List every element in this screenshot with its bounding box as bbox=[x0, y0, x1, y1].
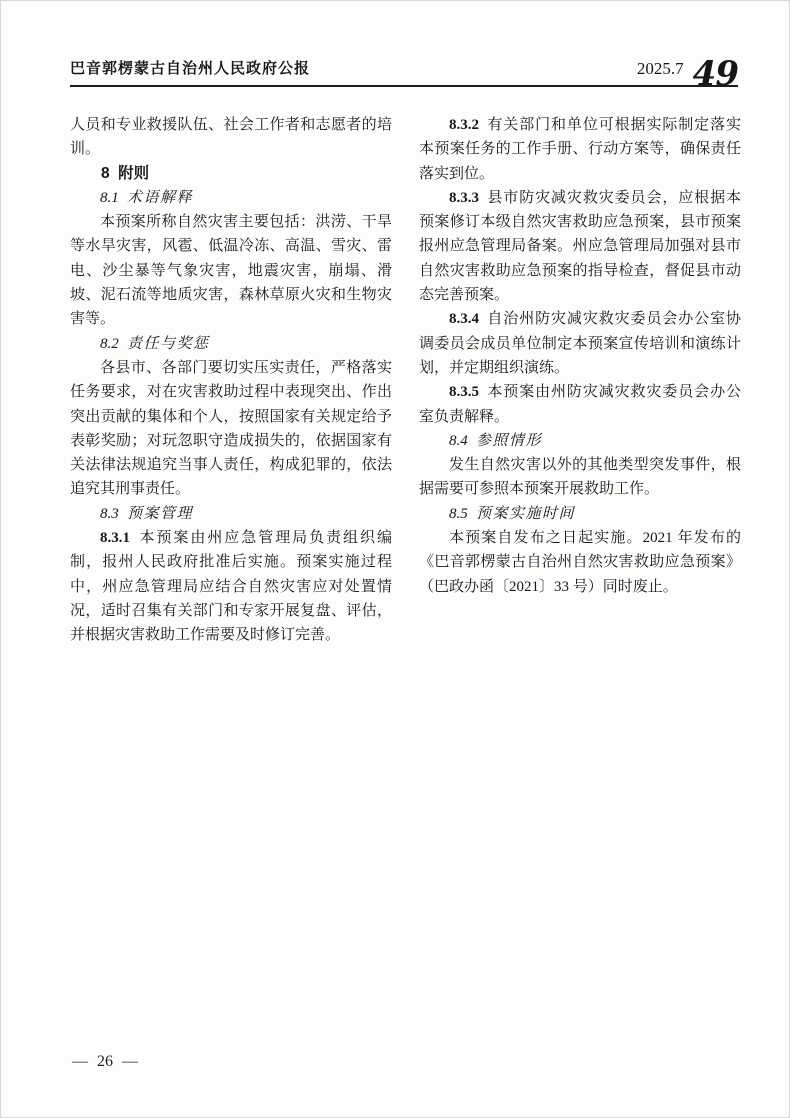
heading-text: 预案管理 bbox=[127, 506, 193, 522]
section-number: 8.4 bbox=[449, 433, 468, 449]
issue-number: 49 bbox=[693, 61, 738, 88]
document-body: 人员和专业救援队伍、社会工作者和志愿者的培训。 8附则 8.1术语解释 本预案所… bbox=[70, 113, 741, 648]
gazette-page: 巴音郭楞蒙古自治州人民政府公报 2025.7 49 人员和专业救援队伍、社会工作… bbox=[0, 0, 790, 1118]
heading-text: 责任与奖惩 bbox=[127, 336, 210, 352]
section-number: 8.5 bbox=[449, 506, 468, 522]
heading-text: 预案实施时间 bbox=[476, 506, 575, 522]
section-number: 8.3.3 bbox=[449, 190, 479, 206]
footer-dash-right: — bbox=[122, 1053, 138, 1071]
paragraph-text: 本预案由州应急管理局负责组织编制，报州人民政府批准后实施。预案实施过程中，州应急… bbox=[70, 530, 392, 643]
heading-8-4: 8.4参照情形 bbox=[419, 429, 741, 453]
heading-8-3: 8.3预案管理 bbox=[70, 502, 392, 526]
heading-text: 附则 bbox=[118, 165, 149, 182]
section-number: 8.3.4 bbox=[449, 311, 479, 327]
section-number: 8 bbox=[101, 165, 110, 182]
paragraph-8-3-3: 8.3.3县市防灾减灾救灾委员会，应根据本预案修订本级自然灾害救助应急预案，县市… bbox=[419, 186, 741, 307]
section-number: 8.3.5 bbox=[449, 384, 479, 400]
footer-dash-left: — bbox=[72, 1053, 88, 1071]
heading-text: 参照情形 bbox=[476, 433, 542, 449]
left-column: 人员和专业救援队伍、社会工作者和志愿者的培训。 8附则 8.1术语解释 本预案所… bbox=[70, 113, 392, 648]
right-column: 8.3.2有关部门和单位可根据实际制定落实本预案任务的工作手册、行动方案等，确保… bbox=[419, 113, 741, 648]
section-number: 8.3 bbox=[100, 506, 119, 522]
paragraph-8-3-2: 8.3.2有关部门和单位可根据实际制定落实本预案任务的工作手册、行动方案等，确保… bbox=[419, 113, 741, 186]
heading-8-1: 8.1术语解释 bbox=[70, 186, 392, 210]
issue-info: 2025.7 49 bbox=[637, 58, 738, 85]
paragraph-disaster-types: 本预案所称自然灾害主要包括：洪涝、干旱等水旱灾害，风雹、低温冷冻、高温、雪灾、雷… bbox=[70, 210, 392, 331]
paragraph-8-3-1: 8.3.1本预案由州应急管理局负责组织编制，报州人民政府批准后实施。预案实施过程… bbox=[70, 526, 392, 647]
heading-8-2: 8.2责任与奖惩 bbox=[70, 332, 392, 356]
paragraph-responsibility: 各县市、各部门要切实压实责任，严格落实任务要求，对在灾害救助过程中表现突出、作出… bbox=[70, 356, 392, 502]
paragraph-8-3-5: 8.3.5本预案由州防灾减灾救灾委员会办公室负责解释。 bbox=[419, 380, 741, 429]
section-number: 8.2 bbox=[100, 336, 119, 352]
paragraph-continuation: 人员和专业救援队伍、社会工作者和志愿者的培训。 bbox=[70, 113, 392, 162]
header-row: 巴音郭楞蒙古自治州人民政府公报 2025.7 49 bbox=[70, 57, 738, 85]
heading-8-appendix: 8附则 bbox=[70, 162, 392, 186]
paragraph-effective-date: 本预案自发布之日起实施。2021 年发布的《巴音郭楞蒙古自治州自然灾害救助应急预… bbox=[419, 526, 741, 599]
gazette-title: 巴音郭楞蒙古自治州人民政府公报 bbox=[70, 57, 310, 85]
section-number: 8.3.2 bbox=[449, 117, 479, 133]
section-number: 8.3.1 bbox=[100, 530, 130, 546]
page-footer: — 26 — bbox=[72, 1053, 138, 1071]
page-header: 巴音郭楞蒙古自治州人民政府公报 2025.7 49 bbox=[70, 57, 738, 87]
heading-8-5: 8.5预案实施时间 bbox=[419, 502, 741, 526]
heading-text: 术语解释 bbox=[127, 190, 193, 206]
header-rule bbox=[70, 85, 738, 87]
issue-date: 2025.7 bbox=[637, 59, 684, 85]
section-number: 8.1 bbox=[100, 190, 119, 206]
paragraph-reference-cases: 发生自然灾害以外的其他类型突发事件，根据需要可参照本预案开展救助工作。 bbox=[419, 453, 741, 502]
paragraph-8-3-4: 8.3.4自治州防灾减灾救灾委员会办公室协调委员会成员单位制定本预案宣传培训和演… bbox=[419, 307, 741, 380]
page-number: 26 bbox=[97, 1053, 113, 1071]
paragraph-text: 县市防灾减灾救灾委员会，应根据本预案修订本级自然灾害救助应急预案，县市预案报州应… bbox=[419, 190, 741, 303]
